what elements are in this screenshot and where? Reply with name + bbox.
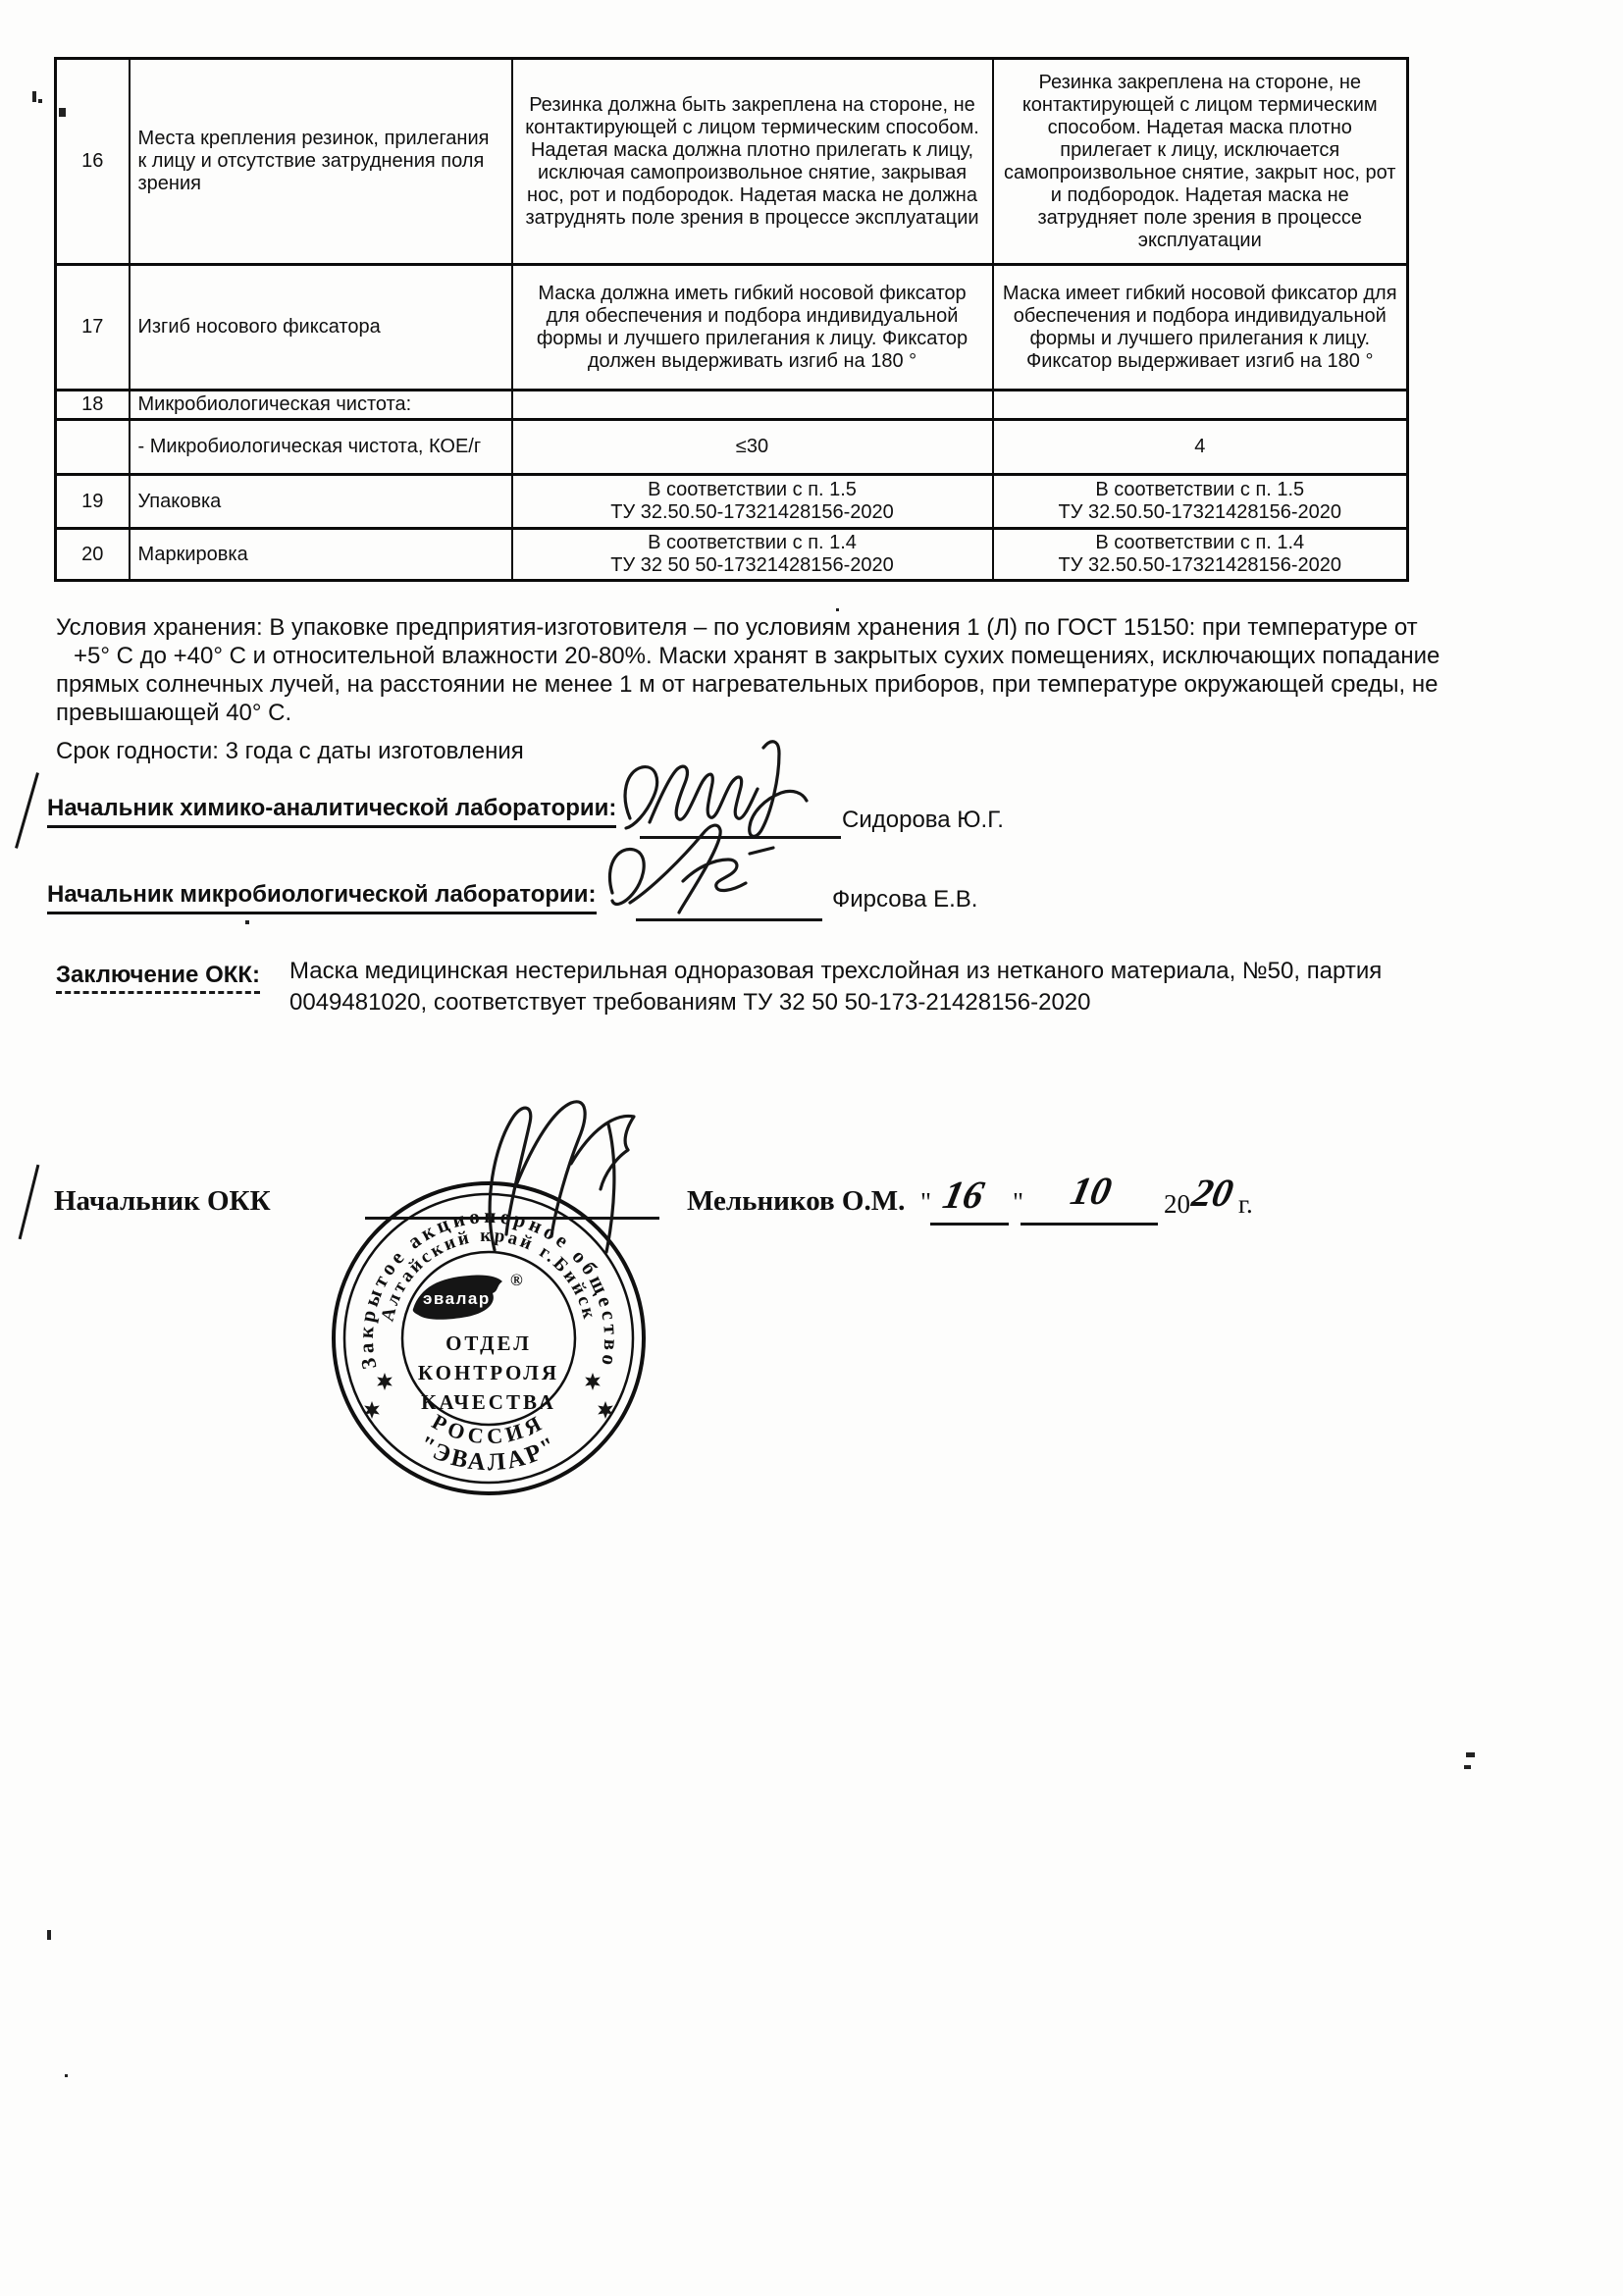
table-row: 20 Маркировка В соответствии с п. 1.4 ТУ… <box>56 529 1408 581</box>
date-close-quote: " <box>1013 1187 1023 1218</box>
evalar-logo-text: эвалар <box>423 1289 491 1308</box>
date-year-suffix: г. <box>1238 1189 1253 1220</box>
scan-artifact <box>32 91 36 102</box>
table-row: 17 Изгиб носового фиксатора Маска должна… <box>56 265 1408 391</box>
seal-dept-line: КОНТРОЛЯ <box>418 1361 559 1384</box>
row-number: 18 <box>56 391 130 420</box>
shelf-life-text: Срок годности: 3 года с даты изготовлени… <box>56 738 524 765</box>
requirement-value: В соответствии с п. 1.5 ТУ 32.50.50-1732… <box>512 475 993 529</box>
spec-table: 16 Места крепления резинок, прилегания к… <box>54 57 1409 582</box>
pen-slash-mark <box>19 1165 40 1239</box>
row-number <box>56 420 130 475</box>
row-number: 16 <box>56 59 130 265</box>
qc-head-title: Начальник ОКК <box>54 1185 271 1218</box>
scan-artifact <box>59 108 66 117</box>
date-open-quote: " <box>920 1187 931 1218</box>
parameter-name: Места крепления резинок, прилегания к ли… <box>130 59 512 265</box>
date-day-handwritten: 16 <box>939 1172 988 1218</box>
requirement-value: Резинка должна быть закреплена на сторон… <box>512 59 993 265</box>
signatory-name: Фирсова Е.В. <box>832 886 977 913</box>
scan-artifact <box>836 608 839 611</box>
table-row: 16 Места крепления резинок, прилегания к… <box>56 59 1408 265</box>
parameter-name: Упаковка <box>130 475 512 529</box>
requirement-value: Маска должна иметь гибкий носовой фиксат… <box>512 265 993 391</box>
qc-conclusion-text-line: Маска медицинская нестерильная одноразов… <box>289 958 1382 985</box>
date-day-underline <box>930 1223 1009 1226</box>
seal-dept-line: ОТДЕЛ <box>445 1331 532 1355</box>
date-month-handwritten: 10 <box>1067 1168 1116 1214</box>
parameter-name: - Микробиологическая чистота, КОЕ/г <box>130 420 512 475</box>
signatory-name: Сидорова Ю.Г. <box>842 807 1004 834</box>
table-row: - Микробиологическая чистота, КОЕ/г ≤30 … <box>56 420 1408 475</box>
seal-dept-line: КАЧЕСТВА <box>421 1390 556 1414</box>
handwritten-signature-melnikov <box>461 1095 672 1257</box>
parameter-name: Микробиологическая чистота: <box>130 391 512 420</box>
scan-artifact <box>245 920 249 924</box>
actual-value <box>993 391 1408 420</box>
row-number: 19 <box>56 475 130 529</box>
signature-label-micro-lab: Начальник микробиологической лаборатории… <box>47 881 597 909</box>
parameter-name: Маркировка <box>130 529 512 581</box>
actual-value: Резинка закреплена на стороне, не контак… <box>993 59 1408 265</box>
row-number: 17 <box>56 265 130 391</box>
date-year-handwritten: 20 <box>1188 1170 1237 1216</box>
scan-artifact <box>38 99 42 103</box>
scan-artifact <box>1464 1765 1471 1769</box>
date-month-underline <box>1021 1223 1158 1226</box>
qc-conclusion-label: Заключение ОКК: <box>56 962 260 989</box>
date-year-printed: 20 <box>1164 1189 1190 1220</box>
table-row: 18 Микробиологическая чистота: <box>56 391 1408 420</box>
actual-value: В соответствии с п. 1.5 ТУ 32.50.50-1732… <box>993 475 1408 529</box>
pen-slash-mark <box>15 772 39 849</box>
signature-label-chem-lab: Начальник химико-аналитической лаборатор… <box>47 795 616 822</box>
scan-artifact <box>1466 1752 1475 1757</box>
qc-head-name: Мельников О.М. <box>687 1185 905 1218</box>
actual-value: Маска имеет гибкий носовой фиксатор для … <box>993 265 1408 391</box>
star-icon <box>585 1373 601 1390</box>
handwritten-signature-firsova <box>601 820 826 923</box>
storage-line: превышающей 40° С. <box>56 700 291 727</box>
qc-conclusion-text-line: 0049481020, соответствует требованиям ТУ… <box>289 989 1091 1017</box>
scanned-quality-certificate-page: 16 Места крепления резинок, прилегания к… <box>0 0 1623 2296</box>
actual-value: 4 <box>993 420 1408 475</box>
star-icon <box>377 1373 393 1390</box>
scan-artifact <box>47 1930 51 1940</box>
storage-line: прямых солнечных лучей, на расстоянии не… <box>56 671 1438 699</box>
scan-artifact <box>65 2074 68 2077</box>
row-number: 20 <box>56 529 130 581</box>
requirement-value: В соответствии с п. 1.4 ТУ 32 50 50-1732… <box>512 529 993 581</box>
storage-line: Условия хранения: В упаковке предприятия… <box>56 614 1418 642</box>
requirement-value <box>512 391 993 420</box>
table-row: 19 Упаковка В соответствии с п. 1.5 ТУ 3… <box>56 475 1408 529</box>
parameter-name: Изгиб носового фиксатора <box>130 265 512 391</box>
requirement-value: ≤30 <box>512 420 993 475</box>
actual-value: В соответствии с п. 1.4 ТУ 32.50.50-1732… <box>993 529 1408 581</box>
storage-line: +5° С до +40° С и относительной влажност… <box>74 643 1440 670</box>
signature-underline <box>636 918 822 921</box>
registered-trademark-icon: ® <box>510 1271 523 1289</box>
